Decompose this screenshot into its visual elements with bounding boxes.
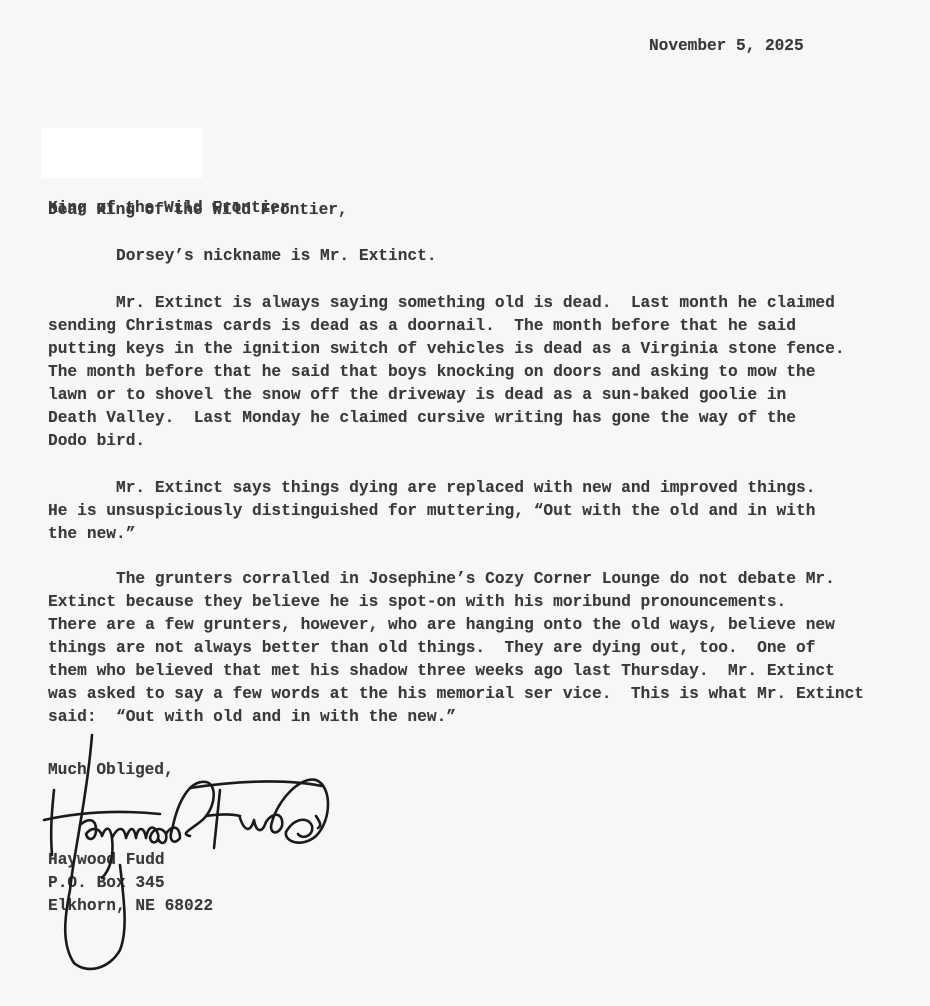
paragraph-line: Mr. Extinct is always saying something o…: [48, 292, 848, 315]
paragraph-4: The grunters corralled in Josephine’s Co…: [48, 568, 848, 729]
sender-name: Haywood Fudd: [48, 849, 213, 872]
paragraph-line: lawn or to shovel the snow off the drive…: [48, 384, 848, 407]
paragraph-3: Mr. Extinct says things dying are replac…: [48, 477, 848, 546]
letter-date: November 5, 2025: [649, 35, 804, 58]
letter-page: November 5, 2025 Mr. C.S. Beaty King of …: [0, 0, 930, 1006]
paragraph-line: putting keys in the ignition switch of v…: [48, 338, 848, 361]
paragraph-line: He is unsuspiciously distinguished for m…: [48, 500, 848, 523]
salutation: Dear King of the Wild Frontier,: [48, 199, 348, 222]
paragraph-line: Dodo bird.: [48, 430, 848, 453]
paragraph-line: things are not always better than old th…: [48, 637, 848, 660]
paragraph-line: sending Christmas cards is dead as a doo…: [48, 315, 848, 338]
paragraph-line: them who believed that met his shadow th…: [48, 660, 848, 683]
closing: Much Obliged,: [48, 759, 174, 782]
paragraph-line: was asked to say a few words at the his …: [48, 683, 848, 706]
paragraph-line: The grunters corralled in Josephine’s Co…: [48, 568, 848, 591]
paragraph-line: said: “Out with old and in with the new.…: [48, 706, 848, 729]
paragraph-line: Dorsey’s nickname is Mr. Extinct.: [48, 245, 848, 268]
sender-block: Haywood Fudd P.O. Box 345 Elkhorn, NE 68…: [48, 849, 213, 918]
sender-po-box: P.O. Box 345: [48, 872, 213, 895]
paragraph-line: the new.”: [48, 523, 848, 546]
paragraph-2: Mr. Extinct is always saying something o…: [48, 292, 848, 453]
sender-city-state-zip: Elkhorn, NE 68022: [48, 895, 213, 918]
paragraph-line: Extinct because they believe he is spot-…: [48, 591, 848, 614]
paragraph-line: Mr. Extinct says things dying are replac…: [48, 477, 848, 500]
paragraph-line: The month before that he said that boys …: [48, 361, 848, 384]
paragraph-1: Dorsey’s nickname is Mr. Extinct.: [48, 245, 848, 268]
redacted-address-box: [41, 128, 202, 178]
paragraph-line: There are a few grunters, however, who a…: [48, 614, 848, 637]
paragraph-line: Death Valley. Last Monday he claimed cur…: [48, 407, 848, 430]
